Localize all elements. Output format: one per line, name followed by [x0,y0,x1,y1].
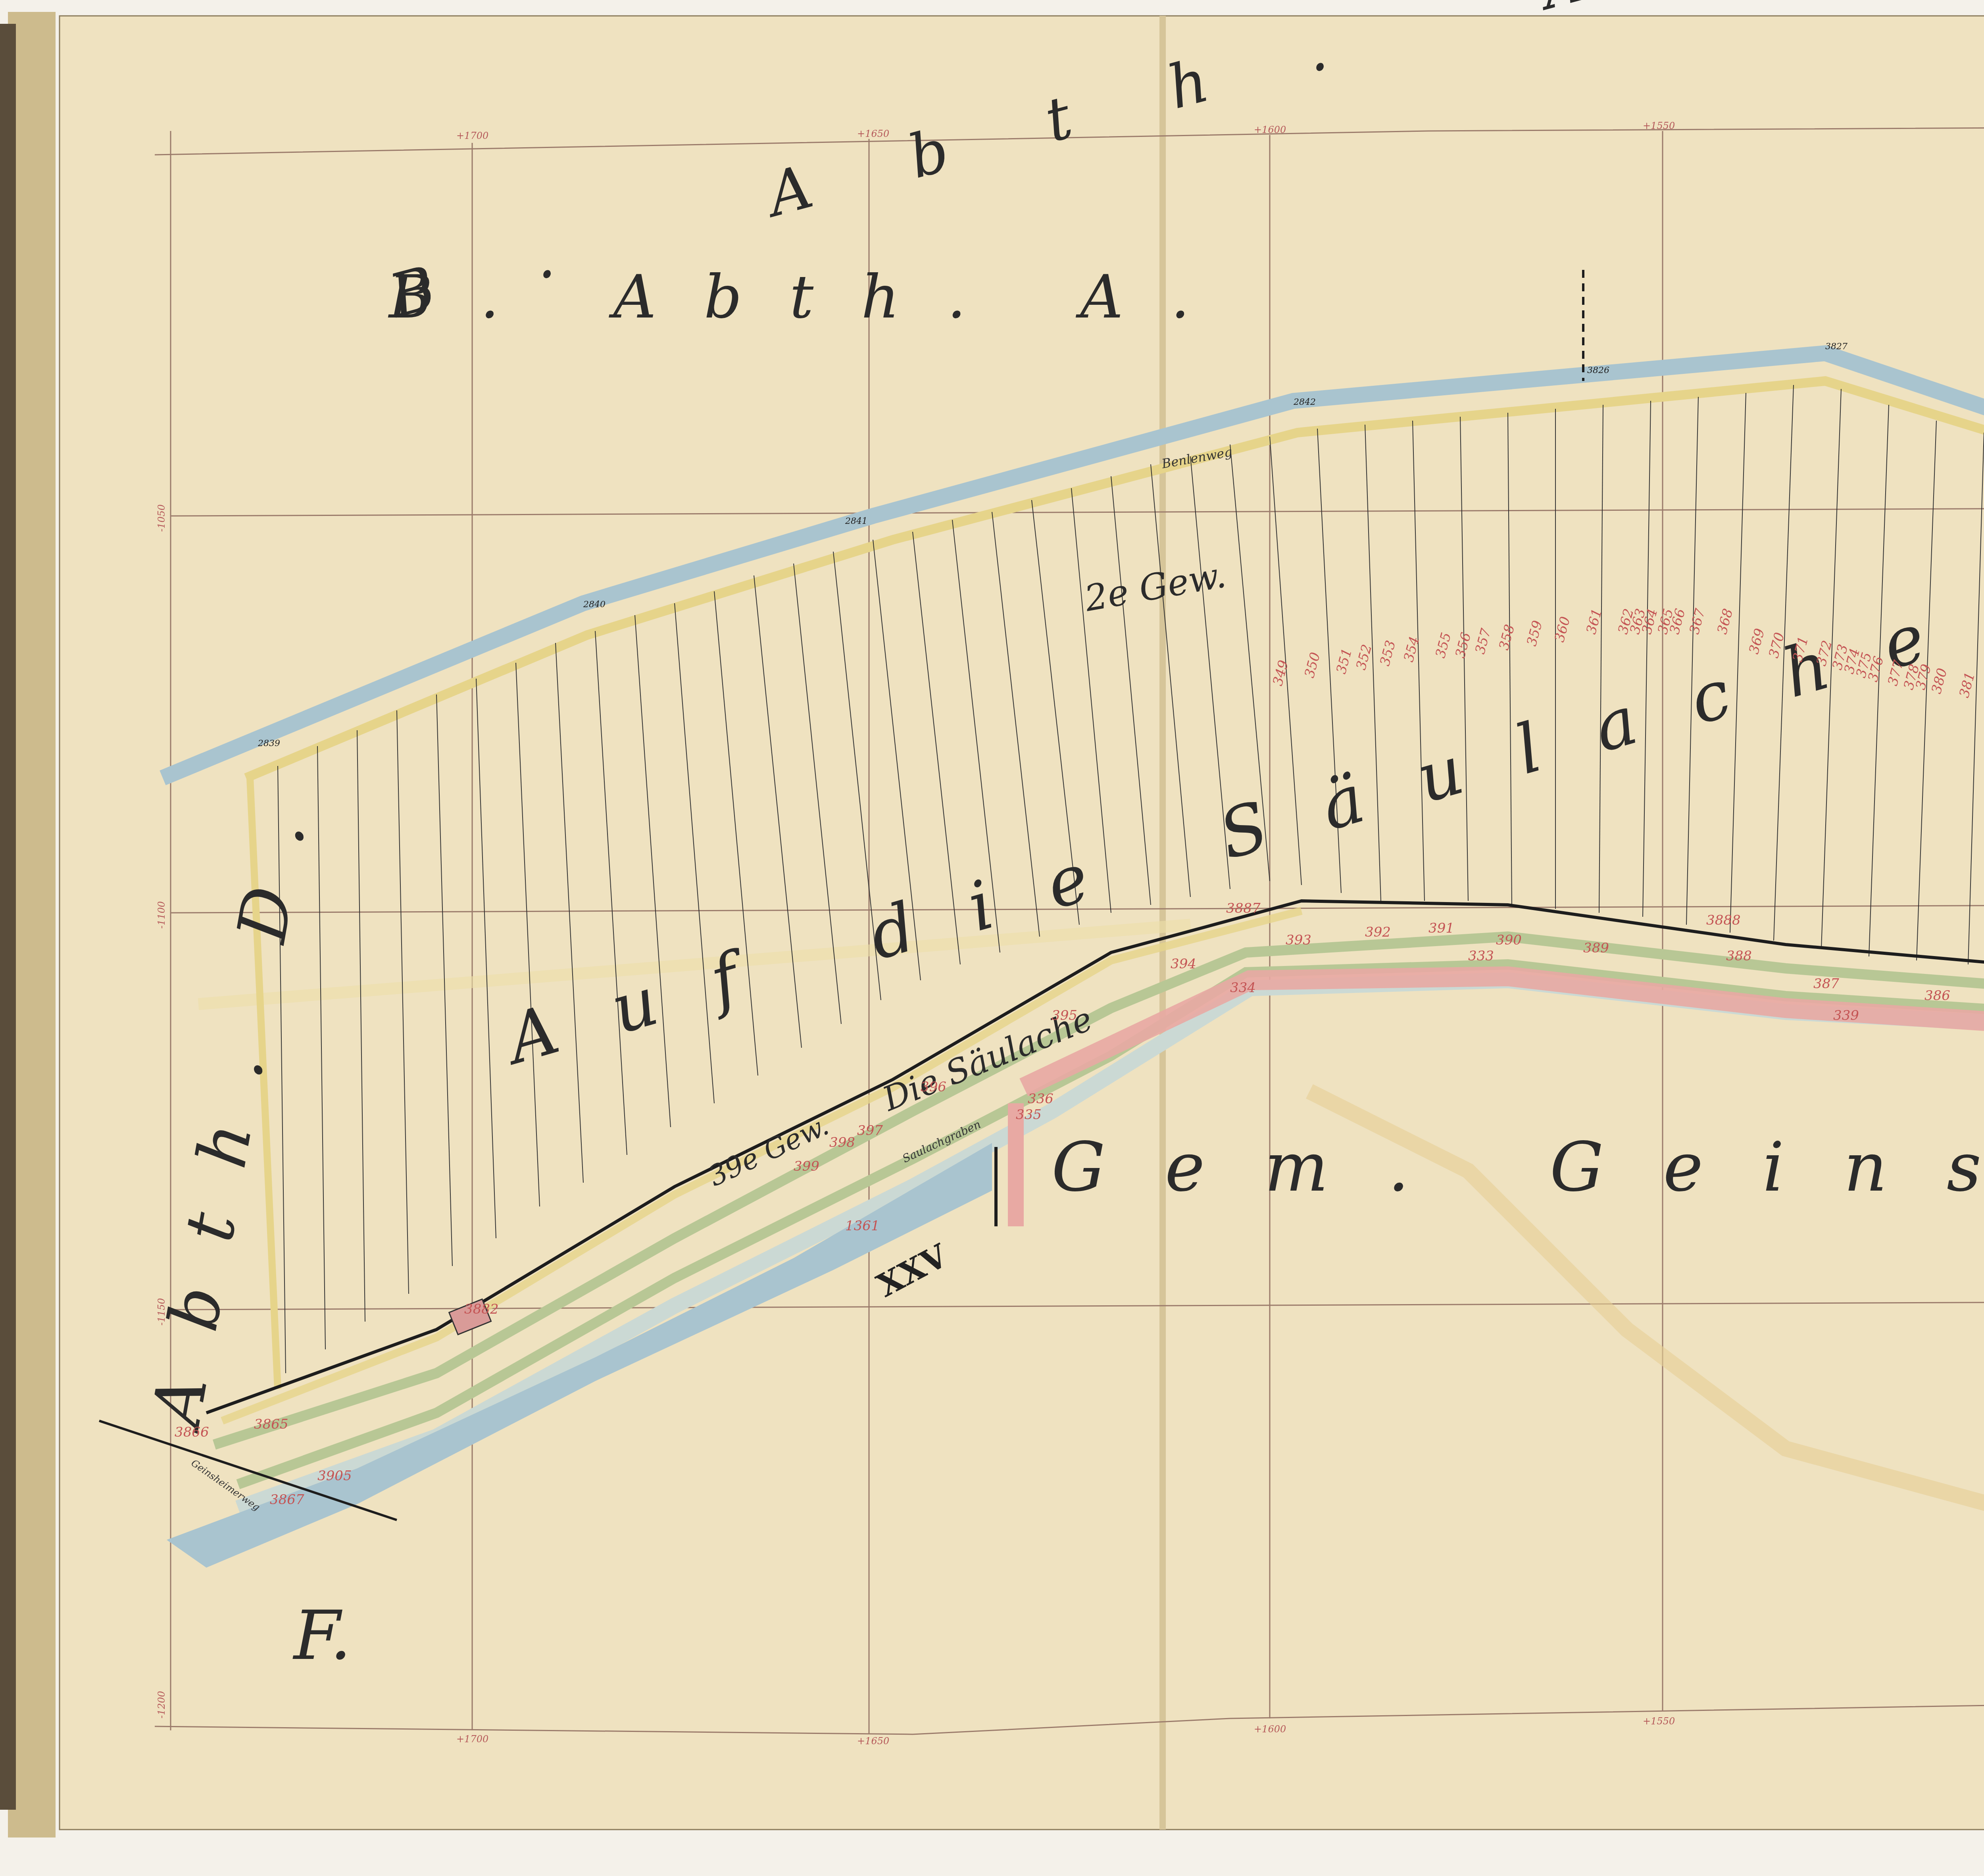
parcel-number: 386 [1924,988,1950,1004]
parcel-number: 333 [1468,948,1494,964]
parcel-number: 3905 [317,1468,352,1484]
grid-label: -1050 [156,504,167,532]
region-lettering-bottom-left: F. [292,1597,352,1675]
parcel-number: 336 [1028,1091,1054,1107]
parcel-number: 3865 [254,1416,288,1432]
road-parcel-number: 3826 [1587,366,1609,375]
parcel-number: 3867 [270,1492,304,1508]
parcel-number: 339 [1833,1008,1859,1024]
parcel-number: 396 [921,1079,946,1095]
parcel-number: 395 [1052,1008,1077,1024]
grid-label: +1550 [1643,1716,1675,1727]
parcel-number: 390 [1496,932,1522,948]
parcel-number: 335 [1016,1107,1042,1123]
grid-label: +1600 [1254,124,1286,135]
parcel-number: 387 [1813,976,1839,992]
parcel-number: 389 [1583,940,1609,956]
parcel-number: 3887 [1226,900,1261,916]
road-parcel-number: 3827 [1825,342,1848,352]
grid-label: -1200 [156,1691,167,1718]
parcel-number: 1361 [845,1218,880,1234]
parcel-number: 397 [857,1123,883,1139]
parcel-number: 3866 [175,1424,209,1440]
grid-label: +1550 [1643,120,1675,131]
region-lettering-lower: Gem. Geinsheim [1052,1128,1984,1207]
road-parcel-number: 2842 [1293,397,1316,407]
parcel-number: 3888 [1706,912,1741,928]
grid-label: +1700 [456,130,488,141]
grid-label: +1600 [1254,1724,1286,1735]
parcel-number: 393 [1286,932,1311,948]
grid-label: +1700 [456,1734,488,1745]
grid-label: -1100 [156,901,167,929]
book-spine-left [0,24,16,1810]
parcel-number: 391 [1428,920,1454,936]
road-parcel-number: 2839 [258,739,280,748]
parcel-number: 399 [794,1158,819,1174]
parcel-number: 394 [1171,956,1196,972]
parcel-number: 334 [1230,980,1256,996]
parcel-number: 392 [1365,924,1391,940]
parcel-number: 398 [829,1135,855,1151]
road-parcel-number: 2840 [583,600,606,610]
parcel-number: 3882 [464,1301,499,1317]
grid-label: +1650 [857,1736,889,1747]
road-parcel-number: 2841 [845,516,867,526]
cadastral-map: +1700 +1650 +1600 +1550 +1500 +1700 +165… [0,0,1984,1876]
parcel-number: 388 [1726,948,1752,964]
